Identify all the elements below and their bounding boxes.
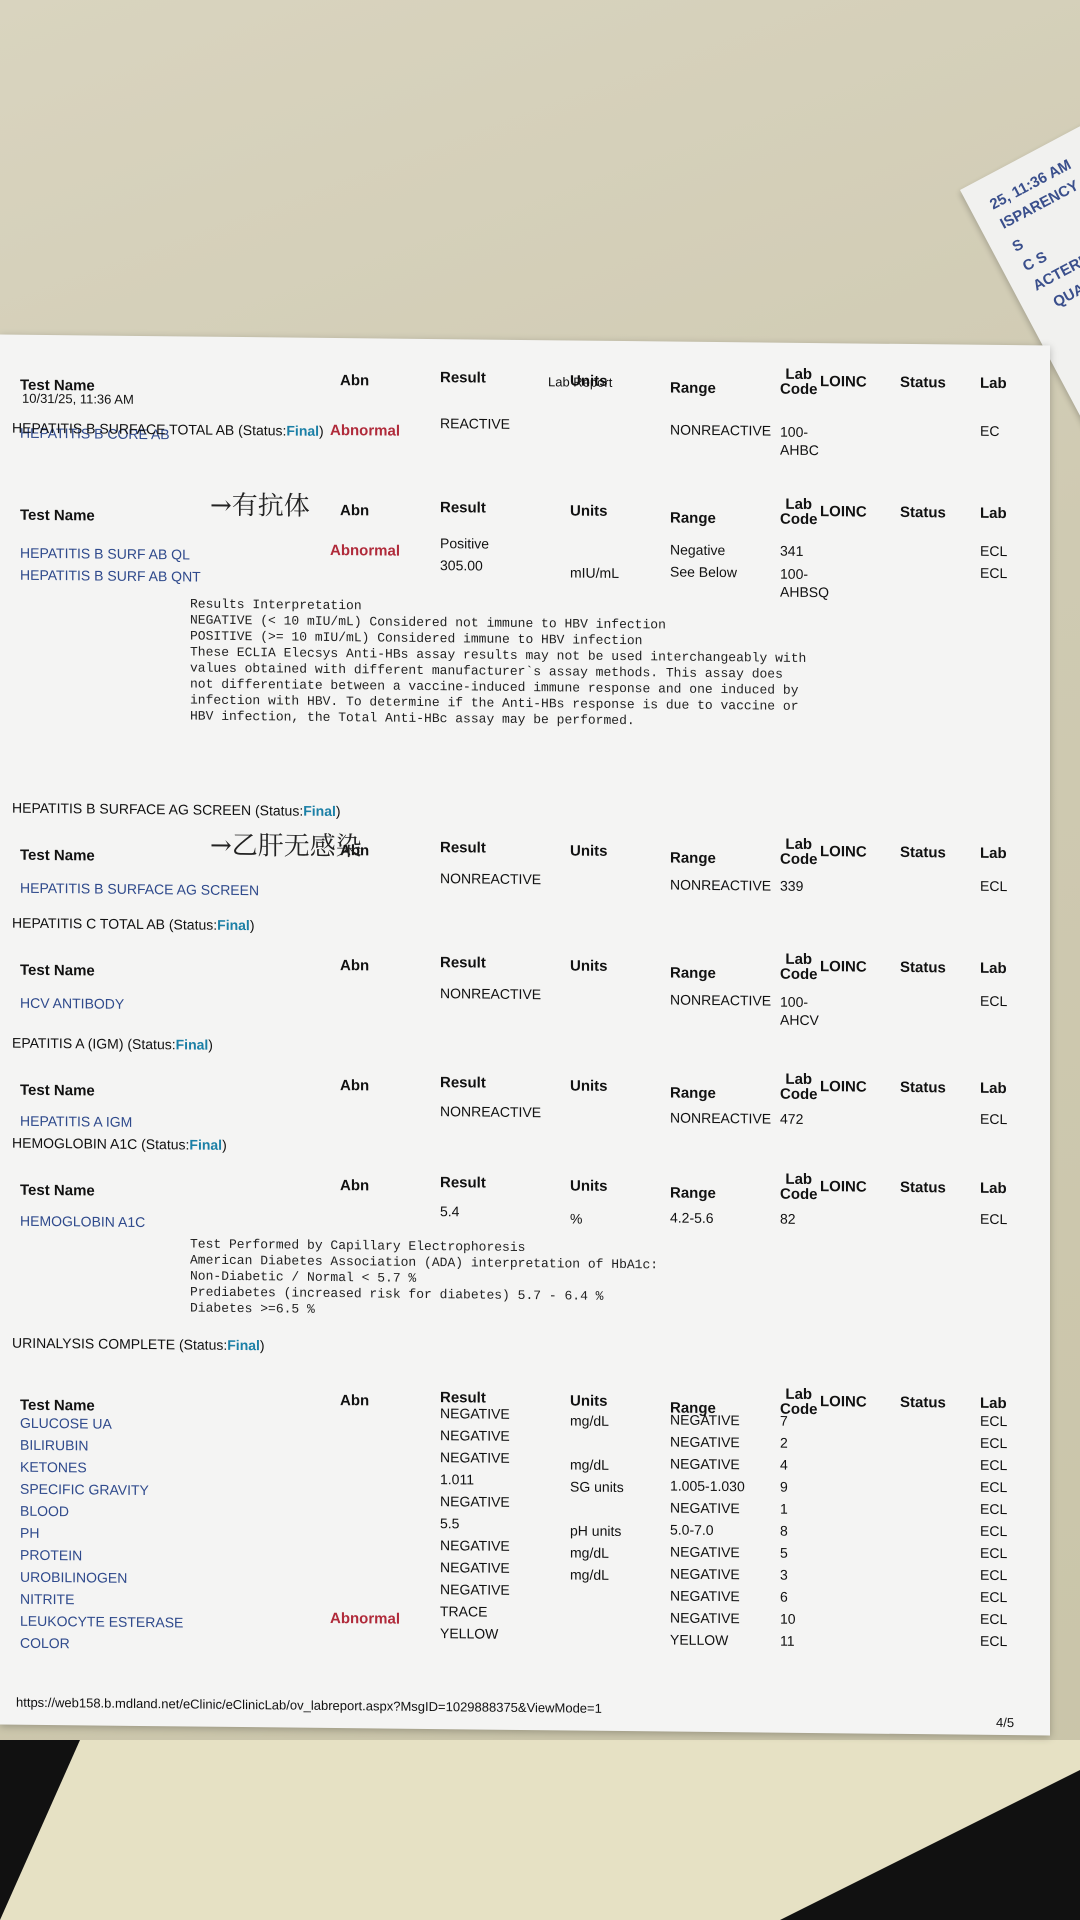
status-final: Final — [286, 423, 319, 439]
column-status: Status — [900, 959, 946, 976]
result-value: NEGATIVE — [440, 1537, 510, 1554]
result-value: 5.5 — [440, 1515, 459, 1531]
column-lab: Lab — [980, 1080, 1007, 1097]
column-status: Status — [900, 1394, 946, 1411]
column-lab: Lab — [980, 505, 1007, 522]
column-status: Status — [900, 844, 946, 861]
units-value: mIU/mL — [570, 564, 619, 581]
result-value: 5.4 — [440, 1203, 459, 1219]
range-value: NONREACTIVE — [670, 1110, 771, 1127]
test-name[interactable]: HEPATITIS B SURFACE AG SCREEN — [20, 880, 259, 899]
column-loinc: LOINC — [820, 1393, 867, 1410]
range-value: NEGATIVE — [670, 1456, 740, 1473]
interpretation-note: Results Interpretation — [190, 596, 362, 614]
column-loinc: LOINC — [820, 1078, 867, 1095]
column-loinc: LOINC — [820, 503, 867, 520]
range-value: NEGATIVE — [670, 1566, 740, 1583]
range-value: NEGATIVE — [670, 1434, 740, 1451]
column-lab: Lab — [980, 1180, 1007, 1197]
range-value: 4.2-5.6 — [670, 1210, 714, 1226]
units-value: % — [570, 1210, 582, 1226]
lab-value: ECL — [980, 1479, 1007, 1495]
lab-value: ECL — [980, 1611, 1007, 1627]
status-final: Final — [227, 1337, 260, 1353]
range-value: NONREACTIVE — [670, 992, 771, 1009]
units-value: mg/dL — [570, 1566, 609, 1582]
range-value: NEGATIVE — [670, 1610, 740, 1627]
column-test-name: Test Name — [20, 377, 95, 395]
lab-value: ECL — [980, 1457, 1007, 1473]
range-value: See Below — [670, 564, 737, 581]
interpretation-note: HBV infection, the Total Anti-HBc assay … — [190, 708, 635, 729]
result-value: NEGATIVE — [440, 1493, 510, 1510]
result-value: NEGATIVE — [440, 1449, 510, 1466]
column-result: Result — [440, 1174, 486, 1191]
floor-shadow-left — [0, 1740, 80, 1920]
column-units: Units — [570, 842, 608, 859]
units-value: mg/dL — [570, 1544, 609, 1560]
test-name[interactable]: UROBILINOGEN — [20, 1569, 127, 1586]
lab-code-value: 2 — [780, 1435, 788, 1451]
column-status: Status — [900, 374, 946, 391]
interpretation-note: Diabetes >=6.5 % — [190, 1300, 315, 1317]
lab-value: ECL — [980, 878, 1007, 894]
report-url[interactable]: https://web158.b.mdland.net/eClinic/eCli… — [16, 1695, 602, 1716]
lab-value: ECL — [980, 543, 1007, 559]
test-name[interactable]: LEUKOCYTE ESTERASE — [20, 1613, 183, 1631]
range-value: NONREACTIVE — [670, 422, 771, 439]
column-test-name: Test Name — [20, 1082, 95, 1100]
test-name[interactable]: HEPATITIS B SURF AB QNT — [20, 567, 201, 585]
column-units: Units — [570, 1392, 608, 1409]
section-title: HEPATITIS B SURFACE AG SCREEN (Status:Fi… — [12, 800, 341, 819]
column-lab-code: LabCode — [780, 1072, 818, 1102]
section-title: HEPATITIS C TOTAL AB (Status:Final) — [12, 915, 254, 934]
column-test-name: Test Name — [20, 962, 95, 980]
lab-report-page: 10/31/25, 11:36 AM Lab Report Test NameA… — [0, 335, 1050, 1736]
result-value: NEGATIVE — [440, 1427, 510, 1444]
lab-code-value: 11 — [780, 1633, 795, 1649]
status-final: Final — [176, 1036, 209, 1052]
column-abn: Abn — [340, 1177, 369, 1194]
test-name[interactable]: KETONES — [20, 1459, 87, 1476]
lab-value: EC — [980, 423, 999, 439]
result-value: 305.00 — [440, 557, 483, 573]
column-status: Status — [900, 1079, 946, 1096]
section-title: HEMOGLOBIN A1C (Status:Final) — [12, 1135, 227, 1153]
column-lab-code: LabCode — [780, 837, 818, 867]
handwritten-note: →乙肝无感染 — [210, 825, 362, 864]
lab-value: ECL — [980, 1435, 1007, 1451]
column-loinc: LOINC — [820, 958, 867, 975]
lab-code-value: 339 — [780, 878, 803, 894]
range-value: NEGATIVE — [670, 1544, 740, 1561]
range-value: NONREACTIVE — [670, 877, 771, 894]
column-lab-code: LabCode — [780, 952, 818, 982]
status-final: Final — [217, 917, 250, 933]
column-status: Status — [900, 1179, 946, 1196]
column-lab-code: LabCode — [780, 367, 818, 397]
column-loinc: LOINC — [820, 1178, 867, 1195]
range-value: YELLOW — [670, 1632, 728, 1649]
lab-value: ECL — [980, 1501, 1007, 1517]
abnormal-flag: Abnormal — [330, 422, 400, 440]
abnormal-flag: Abnormal — [330, 542, 400, 560]
section-title: HEPATITIS B SURFACE TOTAL AB (Status:Fin… — [12, 420, 324, 439]
lab-value: ECL — [980, 1211, 1007, 1227]
column-lab-code: LabCode — [780, 497, 818, 527]
column-result: Result — [440, 1074, 486, 1091]
column-range: Range — [670, 1185, 716, 1202]
lab-value: ECL — [980, 1523, 1007, 1539]
column-lab: Lab — [980, 1395, 1007, 1412]
lab-code-value: 1 — [780, 1501, 788, 1517]
column-lab: Lab — [980, 960, 1007, 977]
column-status: Status — [900, 504, 946, 521]
lab-value: ECL — [980, 1111, 1007, 1127]
column-units: Units — [570, 1177, 608, 1194]
lab-value: ECL — [980, 1567, 1007, 1583]
test-name[interactable]: HEMOGLOBIN A1C — [20, 1213, 145, 1230]
test-name[interactable]: PROTEIN — [20, 1547, 82, 1564]
range-value: NEGATIVE — [670, 1588, 740, 1605]
test-name[interactable]: HEPATITIS A IGM — [20, 1113, 132, 1130]
units-value: mg/dL — [570, 1456, 609, 1472]
result-value: NEGATIVE — [440, 1559, 510, 1576]
range-value: 1.005-1.030 — [670, 1478, 745, 1495]
result-value: TRACE — [440, 1603, 487, 1619]
lab-value: ECL — [980, 1633, 1007, 1649]
test-name[interactable]: COLOR — [20, 1635, 70, 1652]
column-lab-code: LabCode — [780, 1172, 818, 1202]
column-range: Range — [670, 850, 716, 867]
column-loinc: LOINC — [820, 373, 867, 390]
column-abn: Abn — [340, 957, 369, 974]
column-units: Units — [570, 1077, 608, 1094]
lab-value: ECL — [980, 565, 1007, 581]
test-name[interactable]: PH — [20, 1525, 39, 1541]
result-value: NEGATIVE — [440, 1581, 510, 1598]
column-abn: Abn — [340, 502, 369, 519]
result-value: NEGATIVE — [440, 1405, 510, 1422]
column-range: Range — [670, 380, 716, 397]
column-test-name: Test Name — [20, 507, 95, 525]
result-value: NONREACTIVE — [440, 1103, 541, 1120]
column-units: Units — [570, 957, 608, 974]
column-result: Result — [440, 954, 486, 971]
column-loinc: LOINC — [820, 843, 867, 860]
column-test-name: Test Name — [20, 1397, 95, 1415]
column-test-name: Test Name — [20, 847, 95, 865]
column-test-name: Test Name — [20, 1182, 95, 1200]
test-name[interactable]: BILIRUBIN — [20, 1437, 88, 1454]
test-name[interactable]: HEPATITIS B SURF AB QL — [20, 545, 190, 563]
lab-code-value: 100-AHCV — [780, 993, 819, 1029]
units-value: mg/dL — [570, 1412, 609, 1428]
lab-value: ECL — [980, 1545, 1007, 1561]
range-value: Negative — [670, 542, 725, 559]
side-page-line: S — [1010, 236, 1027, 256]
column-result: Result — [440, 839, 486, 856]
result-value: NONREACTIVE — [440, 870, 541, 887]
page-number: 4/5 — [996, 1715, 1014, 1730]
lab-code-value: 5 — [780, 1545, 788, 1561]
lab-value: ECL — [980, 1413, 1007, 1429]
lab-value: ECL — [980, 993, 1007, 1009]
units-value: pH units — [570, 1522, 621, 1539]
test-name[interactable]: BLOOD — [20, 1503, 69, 1520]
lab-code-value: 4 — [780, 1457, 788, 1473]
status-final: Final — [189, 1136, 222, 1152]
section-title: EPATITIS A (IGM) (Status:Final) — [12, 1035, 213, 1053]
units-value: SG units — [570, 1478, 624, 1495]
lab-code-value: 7 — [780, 1413, 788, 1429]
result-value: REACTIVE — [440, 415, 510, 432]
range-value: NEGATIVE — [670, 1500, 740, 1517]
lab-code-value: 472 — [780, 1111, 803, 1127]
lab-code-value: 9 — [780, 1479, 788, 1495]
lab-code-value: 341 — [780, 543, 803, 559]
lab-code-value: 100-AHBC — [780, 423, 819, 459]
range-value: NEGATIVE — [670, 1412, 740, 1429]
column-abn: Abn — [340, 372, 369, 389]
column-result: Result — [440, 1389, 486, 1406]
status-final: Final — [303, 803, 336, 819]
lab-value: ECL — [980, 1589, 1007, 1605]
column-result: Result — [440, 369, 486, 386]
test-name[interactable]: NITRITE — [20, 1591, 74, 1608]
column-result: Result — [440, 499, 486, 516]
test-name[interactable]: HCV ANTIBODY — [20, 995, 124, 1012]
result-value: YELLOW — [440, 1625, 498, 1642]
lab-code-value: 8 — [780, 1523, 788, 1539]
column-lab: Lab — [980, 375, 1007, 392]
floor-shadow-right — [780, 1770, 1080, 1920]
abnormal-flag: Abnormal — [330, 1610, 400, 1628]
range-value: 5.0-7.0 — [670, 1522, 714, 1538]
column-range: Range — [670, 965, 716, 982]
handwritten-note: →有抗体 — [210, 485, 310, 523]
test-name[interactable]: SPECIFIC GRAVITY — [20, 1481, 149, 1498]
column-lab: Lab — [980, 845, 1007, 862]
lab-code-value: 82 — [780, 1211, 796, 1227]
column-units: Units — [570, 372, 608, 389]
lab-code-value: 10 — [780, 1611, 796, 1627]
column-abn: Abn — [340, 1392, 369, 1409]
lab-code-value: 3 — [780, 1567, 788, 1583]
section-title: URINALYSIS COMPLETE (Status:Final) — [12, 1335, 265, 1354]
test-name[interactable]: GLUCOSE UA — [20, 1415, 112, 1432]
column-range: Range — [670, 1085, 716, 1102]
lab-code-value: 100-AHBSQ — [780, 565, 829, 602]
column-range: Range — [670, 510, 716, 527]
column-units: Units — [570, 502, 608, 519]
result-value: 1.011 — [440, 1471, 474, 1487]
lab-code-value: 6 — [780, 1589, 788, 1605]
result-value: Positive — [440, 535, 489, 552]
column-abn: Abn — [340, 1077, 369, 1094]
result-value: NONREACTIVE — [440, 985, 541, 1002]
